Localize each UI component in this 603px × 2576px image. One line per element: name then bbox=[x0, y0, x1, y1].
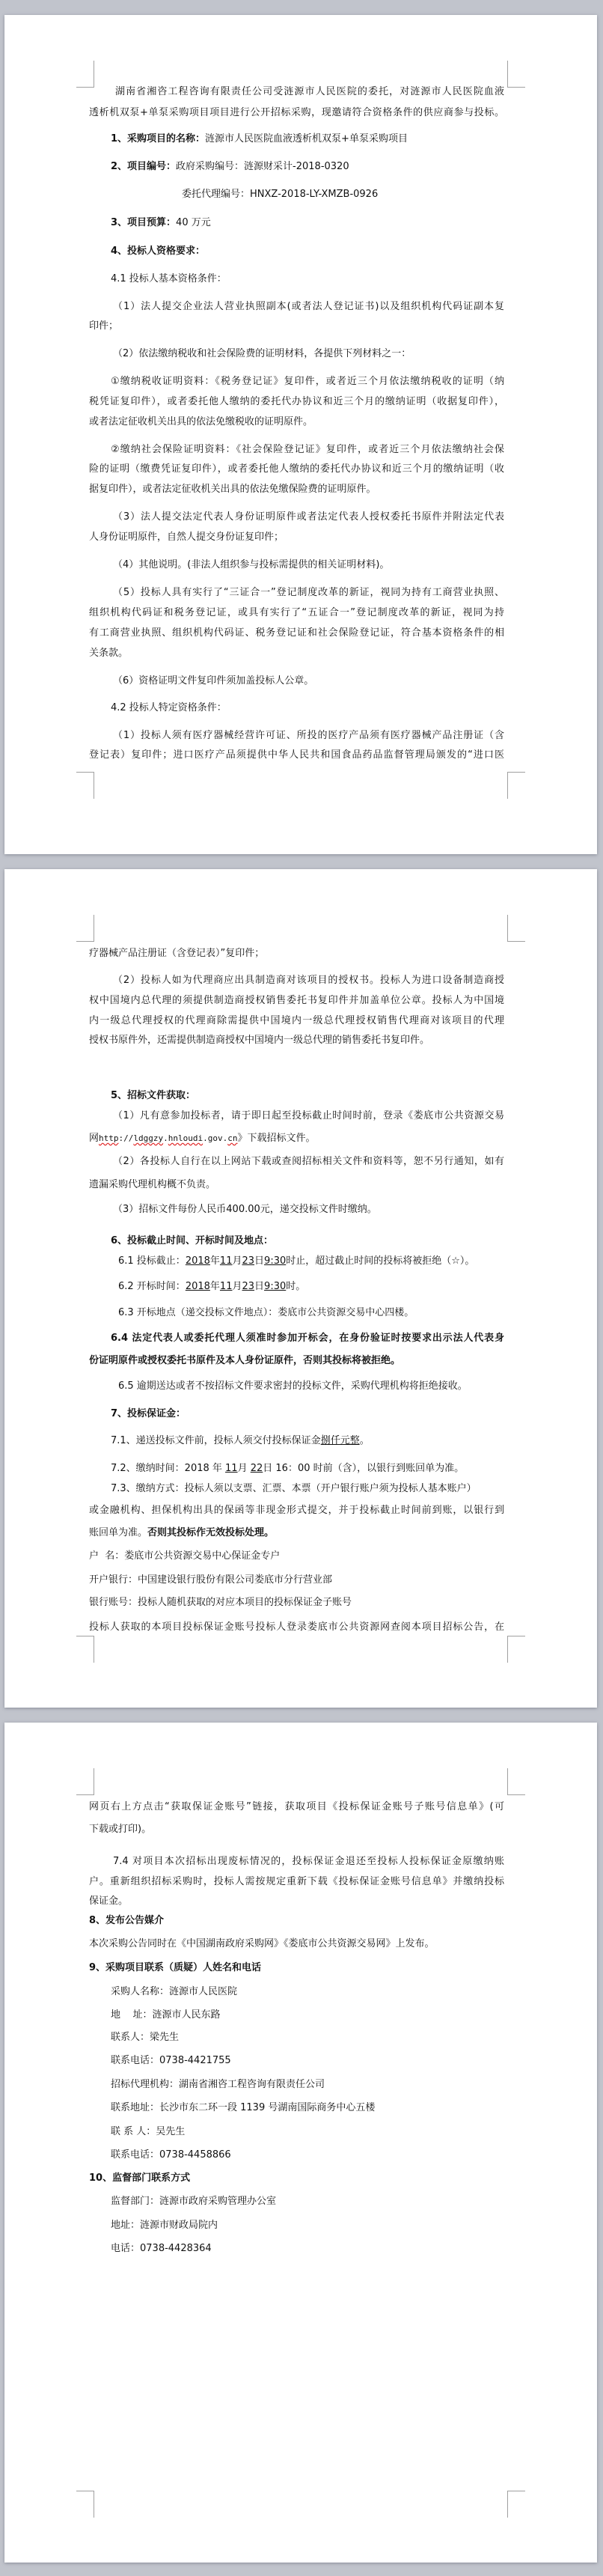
deposit-time-label: 7.2、缴纳时间：2018 年 bbox=[111, 1463, 225, 1474]
location-6-3: 6.3 开标地点（递交投标文件地点）：娄底市公共资源交易中心四楼。 bbox=[118, 1307, 414, 1319]
rule-6-5: 6.5 逾期送达或者不按招标文件要求密封的投标文件，采购代理机构将拒绝接收。 bbox=[118, 1380, 468, 1392]
section-4-heading: 4、投标人资格要求： bbox=[111, 246, 205, 258]
deposit-7-4-line-2: 户。重新组织招标采购时，投标人需按规定重新下载《投标保证金账号信息单》并缴纳投标 bbox=[89, 1876, 504, 1888]
deadline-label: 6.1 投标截止： bbox=[118, 1255, 186, 1267]
crop-mark-top-left bbox=[76, 61, 94, 88]
deadline-month: 11 bbox=[220, 1255, 233, 1267]
req-5-line-4: 关条款。 bbox=[89, 648, 128, 660]
section-6-heading: 6、投标截止时间、开标时间及地点： bbox=[111, 1235, 273, 1247]
contact-purchaser-name: 采购人名称：涟源市人民医院 bbox=[111, 1986, 237, 1998]
req-2a-line-2: 税凭证复印件），或者委托他人缴纳的委托代办协议和近三个月的缴纳证明（收据复印件）… bbox=[89, 396, 504, 408]
deposit-period: 。 bbox=[360, 1435, 370, 1446]
month-unit: 月 bbox=[238, 1463, 251, 1474]
doc-acquire-1-line-1: （1）凡有意参加投标者，请于即日起至投标截止时间时前，登录《娄底市公共资源交易 bbox=[113, 1110, 504, 1122]
crop-mark-bottom-left bbox=[76, 1636, 94, 1663]
opening-6-2: 6.2 开标时间：2018年11月23日9:30时。 bbox=[118, 1281, 305, 1293]
intro-line-1: 湖南省湘咨工程咨询有限责任公司受涟源市人民医院的委托，对涟源市人民医院血液 bbox=[115, 86, 504, 98]
req-2b-line-1: ②缴纳社会保险证明资料：《社会保险登记证》复印件，或者近三个月依法缴纳社会保 bbox=[111, 444, 504, 456]
req-3-line-1: （3）法人提交法定代表人身份证明原件或者法定代表人授权委托书原件并附法定代表 bbox=[113, 511, 504, 523]
doc-acquire-3: （3）招标文件每份人民币400.00元，递交投标文件时缴纳。 bbox=[113, 1204, 377, 1216]
deposit-note: 账回单为准。 bbox=[89, 1527, 147, 1538]
req-1-line-2: 印件； bbox=[89, 320, 118, 332]
day-unit: 日 bbox=[254, 1281, 264, 1292]
req-4: （4）其他说明。(非法人组织参与投标需提供的相关证明材料)。 bbox=[113, 559, 389, 571]
deposit-7-3-line-2: 或金融机构、担保机构出具的保函等非现金形式提交，并于投标截止时间前到账，以银行到 bbox=[89, 1505, 504, 1517]
deposit-7-4-line-1: 7.4 对项目本次招标出现废标情况的，投标保证金退还至投标人投标保证金原缴纳账 bbox=[113, 1856, 504, 1868]
deposit-7-3-line-1: 7.3、缴纳方式：投标人须以支票、汇票、本票（开户银行账户须为投标人基本账户） bbox=[111, 1483, 477, 1495]
req-6: （6）资格证明文件复印件须加盖投标人公章。 bbox=[113, 675, 313, 687]
req-5-line-3: 有工商营业执照、组织机构代码证、税务登记证和社会保险登记证，符合基本资格条件的相 bbox=[89, 627, 504, 639]
account-note-line-1: 投标人获取的本项目投标保证金账号投标人登录娄底市公共资源网查阅本项目招标公告，在 bbox=[89, 1622, 504, 1633]
month-unit: 月 bbox=[232, 1281, 242, 1292]
opening-year: 2018 bbox=[186, 1281, 210, 1292]
page-3 bbox=[4, 1723, 597, 2563]
special-req-2-line-4: 授权书原件外，还需提供制造商授权中国境内一级总代理的销售委托书复印件。 bbox=[89, 1035, 429, 1047]
special-req-2-line-2: 权中国境内总代理的须提供制造商授权销售委托书复印件并加盖单位公章。投标人为中国境 bbox=[89, 995, 504, 1007]
doc-acquire-1-line-2: 网http://ldggzy.hnloudi.gov.cn》下载招标文件。 bbox=[89, 1133, 316, 1145]
section-2-project-number: 2、项目编号：政府采购编号：涟源财采计-2018-0320 bbox=[111, 161, 349, 173]
section-2-label: 2、项目编号： bbox=[111, 161, 176, 172]
day-unit: 日 bbox=[254, 1255, 264, 1267]
crop-mark-top-left bbox=[76, 1768, 94, 1795]
section-3-value: 40 万元 bbox=[176, 217, 211, 228]
account-number: 银行账号：投标人随机获取的对应本项目的投标保证金子账号 bbox=[89, 1597, 352, 1609]
supervision-phone: 电话：0738-4428364 bbox=[111, 2243, 212, 2255]
year-unit: 年 bbox=[210, 1281, 220, 1292]
section-2-agency-number: 委托代理编号：HNXZ-2018-LY-XMZB-0926 bbox=[182, 189, 378, 201]
rule-6-4-line-1: 6.4 法定代表人或委托代理人须准时参加开标会，在身份验证时按要求出示法人代表身 bbox=[111, 1333, 504, 1345]
contact-purchaser-person: 联系人：梁先生 bbox=[111, 2032, 179, 2044]
req-5-line-2: 组织机构代码证和税务登记证，或具有实行了“五证合一”登记制度改革的新证，视同为持 bbox=[89, 607, 504, 619]
special-req-2-line-1: （2）投标人如为代理商应出具制造商对该项目的授权书。投标人为进口设备制造商授 bbox=[113, 975, 504, 987]
section-1-value: 涟源市人民医院血液透析机双泵+单泵采购项目 bbox=[205, 133, 408, 144]
req-2b-line-2: 险的证明（缴费凭证复印件），或者委托他人缴纳的委托代办协议和近三个月的缴纳证明（… bbox=[89, 463, 504, 475]
doc-acquire-2-line-1: （2）各投标人自行在以上网站下载或查阅招标相关文件和资料等，恕不另行通知，如有 bbox=[113, 1156, 504, 1168]
deadline-suffix: 时止，超过截止时间的投标将被拒绝（☆）。 bbox=[286, 1255, 474, 1267]
special-req-1-line-2: 登记表）复印件；进口医疗产品须提供中华人民共和国食品药品监督管理局颁发的“进口医 bbox=[89, 749, 504, 761]
deposit-warning: 否则其投标作无效投标处理。 bbox=[147, 1527, 274, 1538]
section-8-heading: 8、发布公告媒介 bbox=[89, 1915, 164, 1927]
req-2b-line-3: 据复印件），或者法定征收机关出具的依法免缴保险费的证明原件。 bbox=[89, 484, 376, 496]
crop-mark-top-right bbox=[507, 915, 525, 942]
section-4-1-heading: 4.1 投标人基本资格条件： bbox=[111, 273, 227, 285]
doc-acquire-prefix: 网 bbox=[89, 1133, 99, 1144]
deposit-amount: 捌仟元整 bbox=[321, 1435, 360, 1446]
deadline-time: 9:30 bbox=[264, 1255, 286, 1267]
special-req-1-line-1: （1）投标人须有医疗器械经营许可证、所投的医疗产品须有医疗器械产品注册证（含 bbox=[113, 730, 504, 742]
deposit-7-2: 7.2、缴纳时间：2018 年 11月 22日 16：00 时前（含），以银行到… bbox=[111, 1463, 464, 1475]
req-2a-line-1: ①缴纳税收证明资料：《税务登记证》复印件，或者近三个月依法缴纳税收的证明（纳 bbox=[111, 376, 504, 388]
crop-mark-bottom-left bbox=[76, 2491, 94, 2518]
req-5-line-1: （5）投标人具有实行了“三证合一”登记制度改革的新证，视同为持有工商营业执照、 bbox=[113, 587, 504, 599]
doc-acquire-suffix: 》下载招标文件。 bbox=[238, 1133, 316, 1144]
account-bank: 开户银行：中国建设银行股份有限公司娄底市分行营业部 bbox=[89, 1574, 332, 1586]
account-note-line-3: 下载或打印)。 bbox=[89, 1824, 151, 1836]
intro-line-2: 透析机双泵+单泵采购项目项目进行公开招标采购，现邀请符合资格条件的供应商参与投标… bbox=[89, 107, 504, 119]
opening-suffix: 时。 bbox=[286, 1281, 305, 1292]
contact-purchaser-phone: 联系电话：0738-4421755 bbox=[111, 2055, 231, 2067]
section-3-budget: 3、项目预算：40 万元 bbox=[111, 217, 211, 229]
req-2a-line-3: 或者法定征收机关出具的依法免缴税收的证明原件。 bbox=[89, 416, 313, 428]
deadline-year: 2018 bbox=[186, 1255, 210, 1267]
crop-mark-bottom-left bbox=[76, 772, 94, 799]
section-10-heading: 10、监督部门联系方式 bbox=[89, 2172, 190, 2184]
account-note-line-2: 网页右上方点击“获取保证金账号”链接，获取项目《投标保证金账号子账号信息单》(可 bbox=[89, 1801, 504, 1813]
special-req-1-line-3: 疗器械产品注册证（含登记表）”复印件； bbox=[89, 948, 264, 960]
req-1-line-1: （1）法人提交企业法人营业执照副本(或者法人登记证书)以及组织机构代码证副本复 bbox=[113, 301, 504, 313]
crop-mark-bottom-right bbox=[507, 1636, 525, 1663]
contact-purchaser-address: 地 址：涟源市人民东路 bbox=[111, 2009, 221, 2021]
deposit-7-3-line-3: 账回单为准。否则其投标作无效投标处理。 bbox=[89, 1527, 274, 1539]
contact-agency-person: 联 系 人：吴先生 bbox=[111, 2126, 185, 2138]
req-3-line-2: 人身份证明原件，自然人提交身份证复印件； bbox=[89, 532, 284, 543]
supervision-address: 地址：涟源市财政局院内 bbox=[111, 2220, 218, 2232]
opening-day: 23 bbox=[242, 1281, 254, 1292]
doc-acquire-2-line-2: 遗漏采购代理机构概不负责。 bbox=[89, 1179, 215, 1191]
special-req-2-line-3: 内一级总代理授权的代理商除需提供中国境内一级总代理授权销售代理商对该项目的代理 bbox=[89, 1015, 504, 1027]
section-7-heading: 7、投标保证金： bbox=[111, 1408, 186, 1420]
opening-month: 11 bbox=[220, 1281, 233, 1292]
account-name: 户 名：娄底市公共资源交易中心保证金专户 bbox=[89, 1550, 280, 1562]
crop-mark-top-right bbox=[507, 61, 525, 88]
req-2: （2）依法缴纳税收和社会保险费的证明材料，各提供下列材料之一： bbox=[113, 348, 411, 360]
download-site-link[interactable]: http://ldggzy.hnloudi.gov.cn bbox=[99, 1133, 237, 1143]
year-unit: 年 bbox=[210, 1255, 220, 1267]
deadline-day: 23 bbox=[242, 1255, 254, 1267]
section-9-heading: 9、采购项目联系（质疑）人姓名和电话 bbox=[89, 1962, 261, 1974]
opening-time: 9:30 bbox=[264, 1281, 286, 1292]
section-5-heading: 5、招标文件获取： bbox=[111, 1090, 195, 1102]
crop-mark-top-right bbox=[507, 1768, 525, 1795]
crop-mark-bottom-right bbox=[507, 2491, 525, 2518]
contact-agency-name: 招标代理机构：湖南省湘咨工程咨询有限责任公司 bbox=[111, 2079, 325, 2091]
section-4-2-heading: 4.2 投标人特定资格条件： bbox=[111, 702, 227, 714]
deposit-7-4-line-3: 保证金。 bbox=[89, 1896, 128, 1907]
section-2-value: 政府采购编号：涟源财采计-2018-0320 bbox=[176, 161, 349, 172]
section-1-label: 1、采购项目的名称： bbox=[111, 133, 205, 144]
supervision-department: 监督部门：涟源市政府采购管理办公室 bbox=[111, 2196, 276, 2208]
opening-label: 6.2 开标时间： bbox=[118, 1281, 186, 1292]
contact-agency-address: 联系地址：长沙市东二环一段 1139 号湖南国际商务中心五楼 bbox=[111, 2102, 375, 2114]
crop-mark-top-left bbox=[76, 915, 94, 942]
section-1-project-name: 1、采购项目的名称：涟源市人民医院血液透析机双泵+单泵采购项目 bbox=[111, 133, 408, 145]
section-8-text: 本次采购公告同时在《中国湖南政府采购网》《娄底市公共资源交易网》上发布。 bbox=[89, 1938, 435, 1950]
deposit-7-1: 7.1、递送投标文件前，投标人须交付投标保证金捌仟元整。 bbox=[111, 1435, 370, 1447]
rule-6-4-line-2: 份证明原件或授权委托书原件及本人身份证原件，否则其投标将被拒绝。 bbox=[89, 1355, 400, 1367]
crop-mark-bottom-right bbox=[507, 772, 525, 799]
deadline-6-1: 6.1 投标截止：2018年11月23日9:30时止，超过截止时间的投标将被拒绝… bbox=[118, 1255, 474, 1267]
deposit-month: 11 bbox=[225, 1463, 238, 1474]
deposit-time-suffix: 日 16：00 时前（含），以银行到账回单为准。 bbox=[263, 1463, 464, 1474]
contact-agency-phone: 联系电话：0738-4458866 bbox=[111, 2149, 231, 2161]
section-3-label: 3、项目预算： bbox=[111, 217, 176, 228]
month-unit: 月 bbox=[232, 1255, 242, 1267]
deposit-text: 7.1、递送投标文件前，投标人须交付投标保证金 bbox=[111, 1435, 321, 1446]
deposit-day: 22 bbox=[251, 1463, 263, 1474]
